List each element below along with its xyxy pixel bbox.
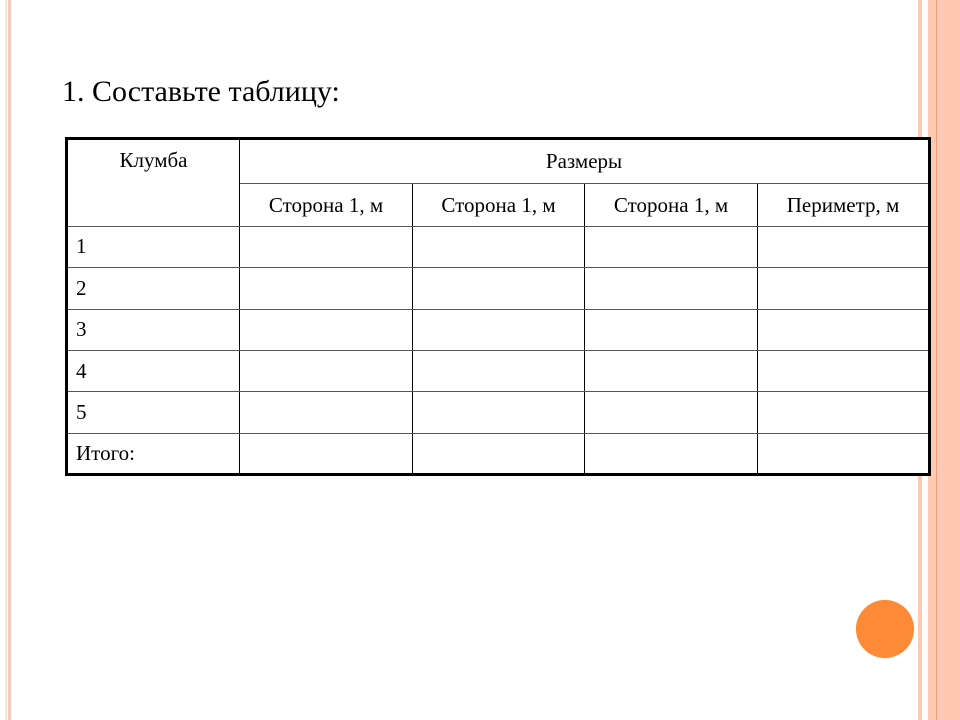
table-cell: [413, 226, 585, 267]
table-cell: [585, 392, 758, 433]
table-cell: [240, 268, 413, 309]
table-cell: [758, 268, 930, 309]
subheader-side-1: Сторона 1, м: [240, 184, 413, 226]
row-label: 1: [67, 226, 240, 267]
table-row: 1: [67, 226, 930, 267]
table-header-row: Клумба Размеры: [67, 139, 930, 184]
table-cell: [240, 226, 413, 267]
subheader-side-2: Сторона 1, м: [413, 184, 585, 226]
table-cell: [758, 433, 930, 474]
right-decorative-band: [943, 0, 960, 720]
left-decorative-stripe: [8, 0, 11, 720]
table-row: 2: [67, 268, 930, 309]
table-cell: [413, 268, 585, 309]
table-cell: [585, 350, 758, 391]
left-decorative-stripe: [5, 0, 7, 720]
table-cell: [758, 226, 930, 267]
table-cell: [758, 309, 930, 350]
table-cell: [413, 433, 585, 474]
row-label: 5: [67, 392, 240, 433]
table-cell: [240, 433, 413, 474]
row-label: 2: [67, 268, 240, 309]
table-row: 3: [67, 309, 930, 350]
table-row: Итого:: [67, 433, 930, 474]
table-cell: [413, 350, 585, 391]
table-cell: [413, 309, 585, 350]
table-row: 5: [67, 392, 930, 433]
subheader-perimeter: Периметр, м: [758, 184, 930, 226]
subheader-side-3: Сторона 1, м: [585, 184, 758, 226]
table-row: 4: [67, 350, 930, 391]
table-cell: [585, 433, 758, 474]
table-cell: [585, 268, 758, 309]
table-cell: [240, 309, 413, 350]
flowerbed-table: Клумба Размеры Сторона 1, м Сторона 1, м…: [65, 137, 931, 476]
table-cell: [758, 350, 930, 391]
right-decorative-line: [936, 0, 937, 720]
row-label: Итого:: [67, 433, 240, 474]
row-label: 4: [67, 350, 240, 391]
table-cell: [585, 226, 758, 267]
table-cell: [758, 392, 930, 433]
table-cell: [413, 392, 585, 433]
header-sizes: Размеры: [240, 139, 930, 184]
row-label: 3: [67, 309, 240, 350]
table-cell: [240, 392, 413, 433]
slide-title: 1. Составьте таблицу:: [62, 74, 340, 110]
table-cell: [585, 309, 758, 350]
header-klumba: Клумба: [67, 139, 240, 227]
table-cell: [240, 350, 413, 391]
orange-circle-decoration: [856, 600, 914, 658]
